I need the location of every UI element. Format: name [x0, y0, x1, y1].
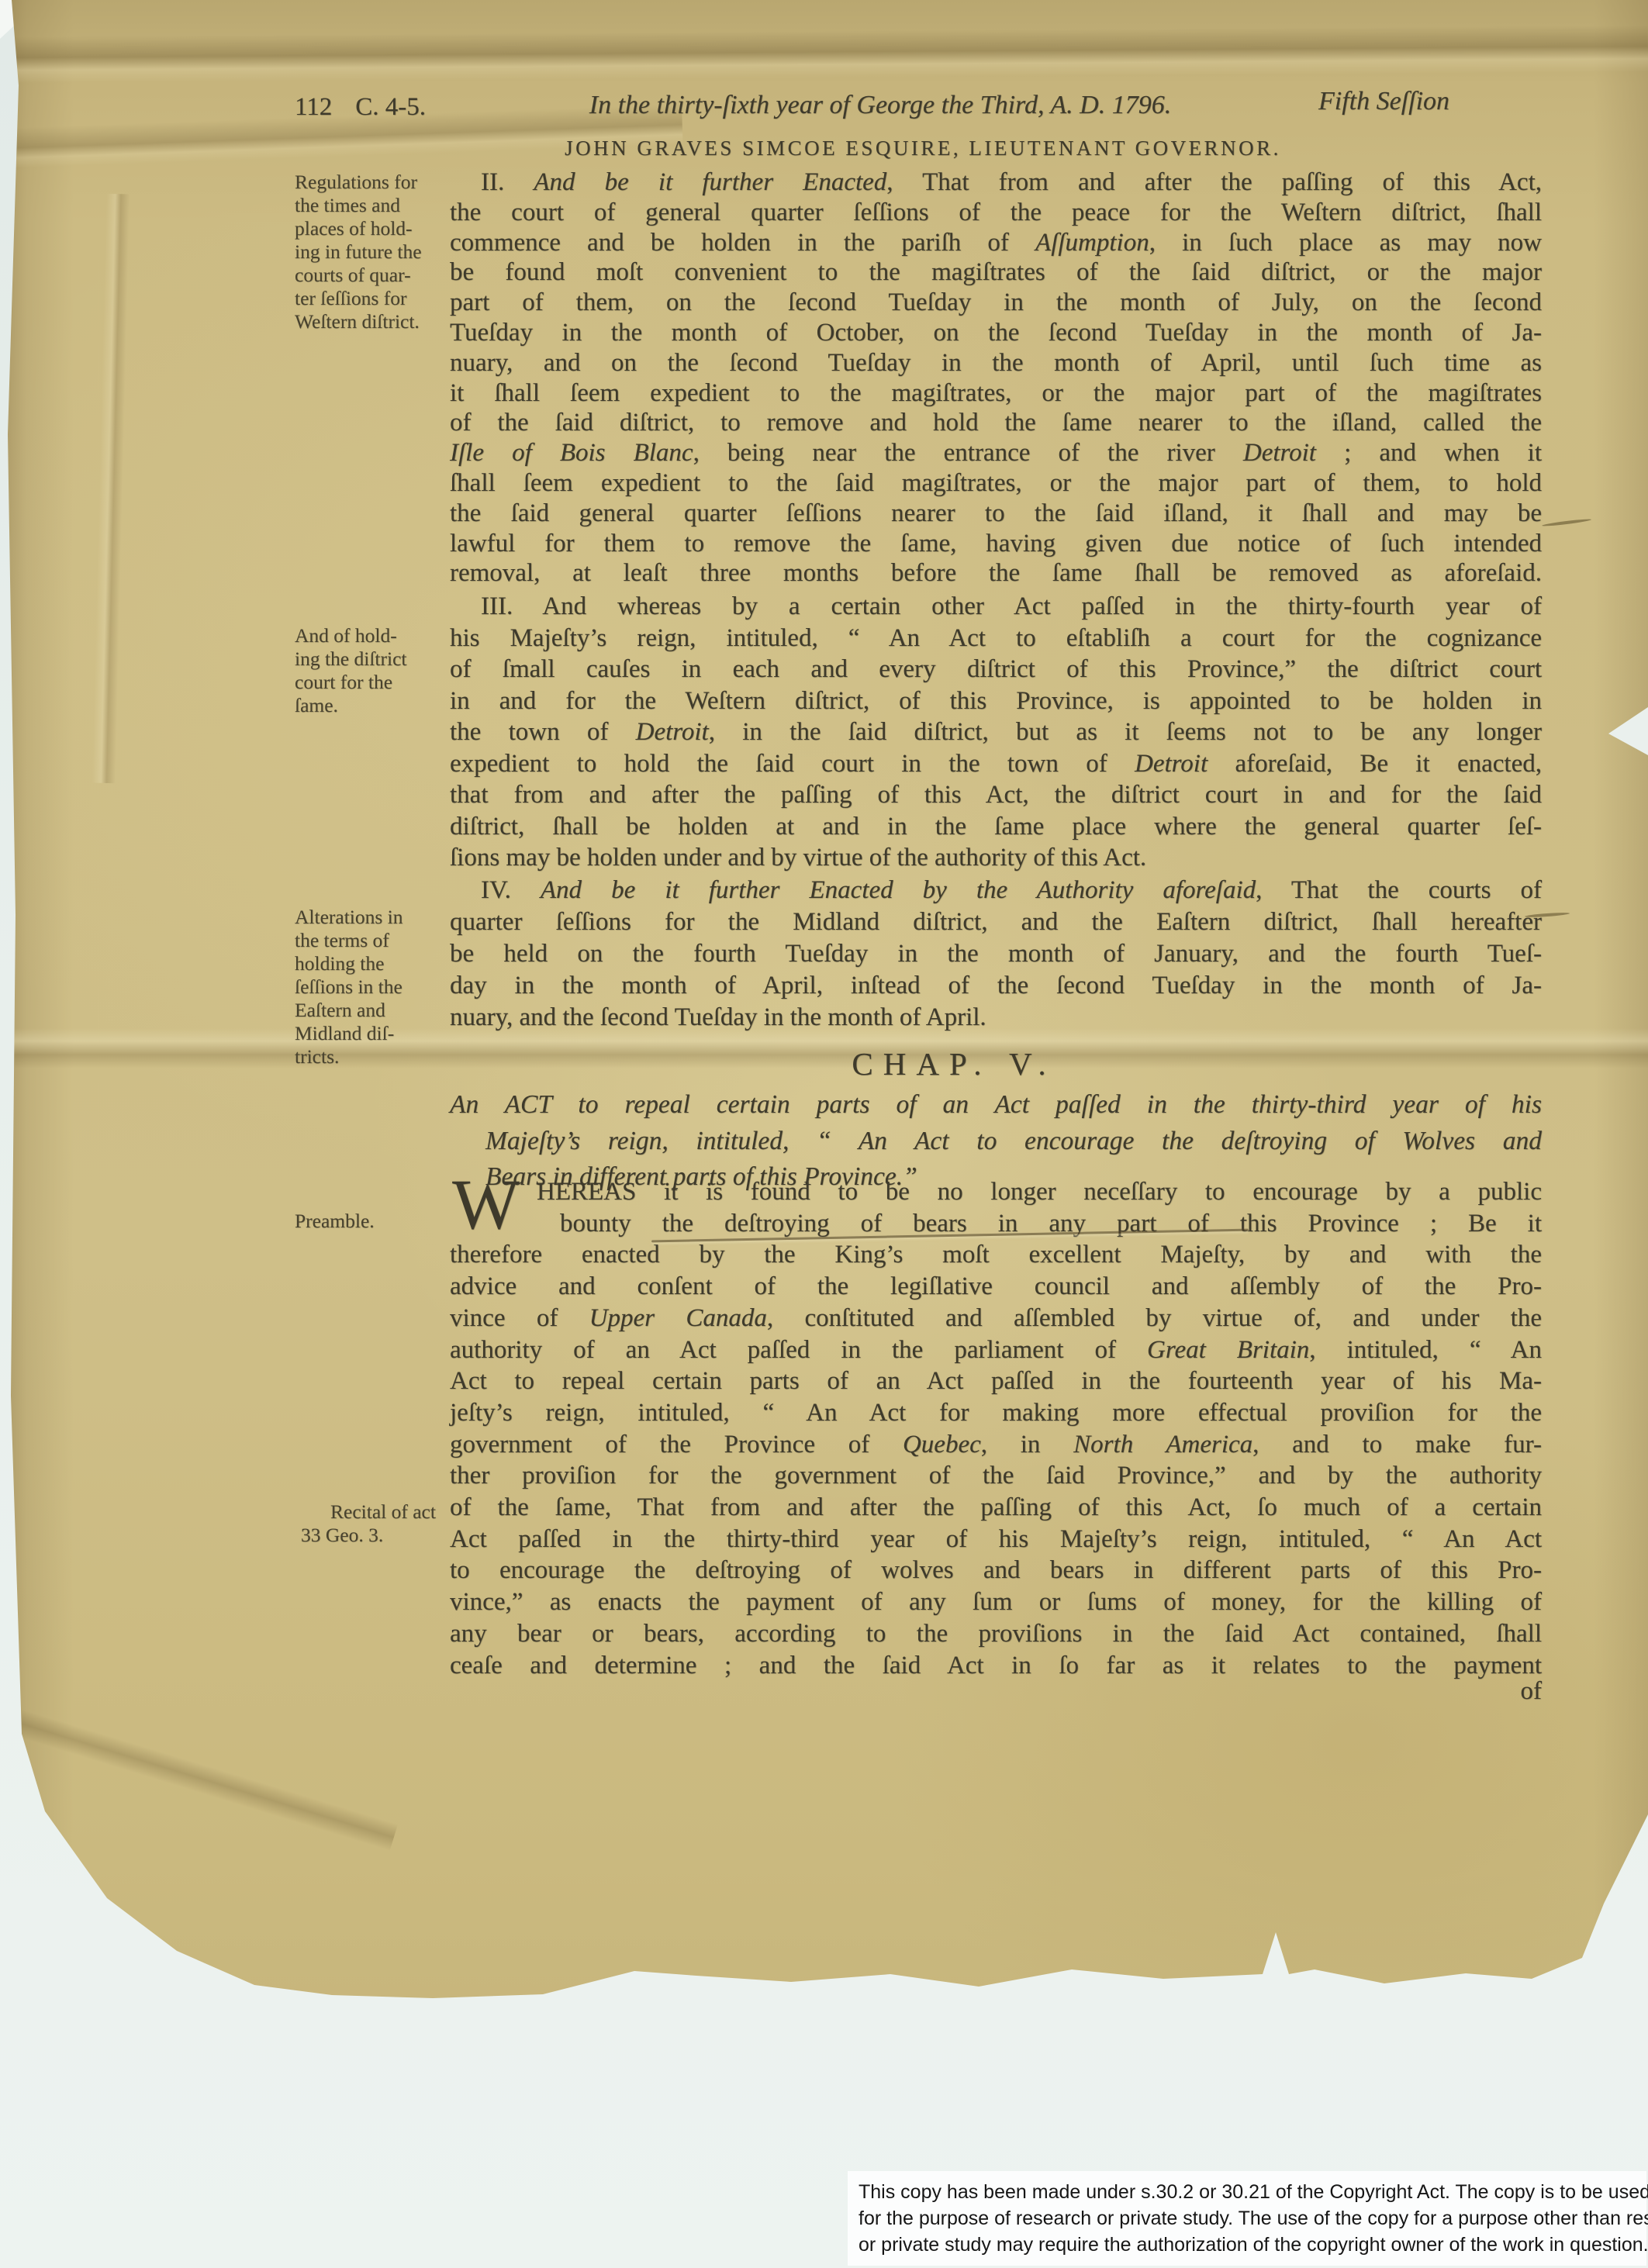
preamble-paragraph: HEREAS it is found to be no longer neceſ… [450, 1176, 1542, 1681]
text-line: ing in future the [295, 240, 439, 264]
text-line: the ſaid general quarter ſeſſions nearer… [450, 499, 1542, 529]
text-line: places of hold- [295, 217, 439, 240]
paper-crease [0, 1697, 398, 1851]
text-line: any bear or bears, according to the prov… [450, 1618, 1542, 1650]
text-line: the town of Detroit, in the ſaid diſtric… [450, 716, 1542, 748]
text-line: ſeſſions in the [295, 975, 439, 999]
text-line: Alterations in [295, 906, 439, 929]
text-line: An ACT to repeal certain parts of an Act… [450, 1087, 1542, 1124]
paper-crease [0, 26, 1648, 84]
text-line: diſtrict, ſhall be holden at and in the … [450, 811, 1542, 843]
text-line: Midland diſ- [295, 1022, 439, 1045]
text-line: HEREAS it is found to be no longer neceſ… [450, 1176, 1542, 1208]
session-label: Fifth Seſſion [1318, 87, 1497, 116]
text-line: therefore enacted by the King’s moſt exc… [450, 1239, 1542, 1271]
section-iv-paragraph: IV. And be it further Enacted by the Aut… [450, 875, 1542, 1034]
margin-note-recital: Recital of act33 Geo. 3. [295, 1500, 439, 1547]
text-line: or private study may require the authori… [859, 2232, 1636, 2258]
text-line: to encourage the deſtroying of wolves an… [450, 1555, 1542, 1586]
text-line: expedient to hold the ſaid court in the … [450, 748, 1542, 780]
text-line: part of them, on the ſecond Tueſday in t… [450, 288, 1542, 318]
margin-note-district-court: And of hold-ing the diſtrictcourt for th… [295, 624, 439, 717]
text-line: This copy has been made under s.30.2 or … [859, 2179, 1636, 2205]
margin-note-alterations: Alterations inthe terms ofholding theſeſ… [295, 906, 439, 1068]
text-line: Tueſday in the month of October, on the … [450, 318, 1542, 348]
page-number: 112 [295, 93, 332, 121]
text-line: removal, at leaſt three months before th… [450, 558, 1542, 589]
text-line: ther proviſion for the government of the… [450, 1460, 1542, 1492]
running-title: In the thirty-ſixth year of George the T… [465, 91, 1295, 120]
text-line: of the ſame, That from and after the paſ… [450, 1492, 1542, 1524]
text-line: be held on the fourth Tueſday in the mon… [450, 938, 1542, 970]
text-line: lawful for them to remove the ſame, havi… [450, 529, 1542, 559]
text-line: ing the diſtrict [295, 647, 439, 671]
margin-note-regulations: Regulations forthe times andplaces of ho… [295, 171, 439, 333]
text-line: his Majeſty’s reign, intituled, “ An Act… [450, 623, 1542, 654]
text-line: courts of quar- [295, 264, 439, 287]
text-line: And of hold- [295, 624, 439, 647]
text-line: II. And be it further Enacted, That from… [450, 167, 1542, 198]
text-line: nuary, and the ſecond Tueſday in the mon… [450, 1002, 1542, 1034]
text-line: Eaſtern and [295, 999, 439, 1022]
text-line: 33 Geo. 3. [301, 1524, 439, 1547]
text-line: Majeſty’s reign, intituled, “ An Act to … [450, 1124, 1542, 1160]
paper-tear-slit [1542, 518, 1591, 527]
page-header-left: 112C. 4-5. [295, 93, 426, 122]
text-line: be found moſt convenient to the magiſtra… [450, 257, 1542, 288]
text-line: Weſtern diſtrict. [295, 310, 439, 333]
text-line: ſions may be holden under and by virtue … [450, 842, 1542, 874]
text-line: ter ſeſſions for [295, 287, 439, 310]
text-line: day in the month of April, inſtead of th… [450, 970, 1542, 1002]
text-line: Preamble. [295, 1210, 439, 1233]
document-page: 112C. 4-5. In the thirty-ſixth year of G… [0, 0, 1648, 2268]
chapter-number: C. 4-5. [355, 93, 426, 121]
text-line: vince of Upper Canada, conſtituted and a… [450, 1303, 1542, 1334]
text-line: government of the Province of Quebec, in… [450, 1429, 1542, 1461]
scanned-document-screenshot: { "colors": { "paper": "#c9b87e", "ink":… [0, 0, 1648, 2268]
copyright-stamp: This copy has been made under s.30.2 or … [848, 2171, 1646, 2266]
text-line: Act paſſed in the thirty-third year of h… [450, 1524, 1542, 1555]
text-line: the times and [295, 194, 439, 217]
catchword: of [1318, 1677, 1542, 1706]
text-line: of the ſaid diſtrict, to remove and hold… [450, 408, 1542, 438]
governor-line: JOHN GRAVES SIMCOE ESQUIRE, LIEUTENANT G… [372, 136, 1474, 161]
text-line: in and for the Weſtern diſtrict, of this… [450, 685, 1542, 717]
text-line: advice and conſent of the legiſlative co… [450, 1271, 1542, 1303]
text-line: tricts. [295, 1045, 439, 1068]
text-line: holding the [295, 952, 439, 975]
text-line: that from and after the paſſing of this … [450, 779, 1542, 811]
text-line: court for the [295, 671, 439, 694]
text-line: for the purpose of research or private s… [859, 2205, 1636, 2232]
text-line: vince,” as enacts the payment of any ſum… [450, 1586, 1542, 1618]
margin-note-preamble: Preamble. [295, 1210, 439, 1233]
text-line: the terms of [295, 929, 439, 952]
text-line: jeſty’s reign, intituled, “ An Act for m… [450, 1397, 1542, 1429]
text-line: bounty the deſtroying of bears in any pa… [450, 1208, 1542, 1240]
section-iii-paragraph: III. And whereas by a certain other Act … [450, 591, 1542, 874]
text-line: authority of an Act paſſed in the parlia… [450, 1334, 1542, 1366]
text-line: the court of general quarter ſeſſions of… [450, 198, 1542, 228]
text-line: ſame. [295, 694, 439, 717]
text-line: III. And whereas by a certain other Act … [450, 591, 1542, 623]
text-line: Iſle of Bois Blanc, being near the entra… [450, 438, 1542, 468]
text-line: nuary, and on the ſecond Tueſday in the … [450, 348, 1542, 378]
text-line: ſhall ſeem expedient to the ſaid magiſtr… [450, 468, 1542, 499]
section-ii-paragraph: II. And be it further Enacted, That from… [450, 167, 1542, 589]
text-line: of ſmall cauſes in each and every diſtri… [450, 654, 1542, 685]
text-line: Recital of act [330, 1500, 439, 1524]
text-line: Regulations for [295, 171, 439, 194]
chapter-heading: CHAP. V. [450, 1045, 1458, 1082]
paper-crease [92, 194, 130, 784]
text-line: it ſhall ſeem expedient to the magiſtrat… [450, 378, 1542, 409]
text-line: Act to repeal certain parts of an Act pa… [450, 1365, 1542, 1397]
text-line: quarter ſeſſions for the Midland diſtric… [450, 906, 1542, 938]
text-line: commence and be holden in the pariſh of … [450, 228, 1542, 258]
text-line: IV. And be it further Enacted by the Aut… [450, 875, 1542, 906]
